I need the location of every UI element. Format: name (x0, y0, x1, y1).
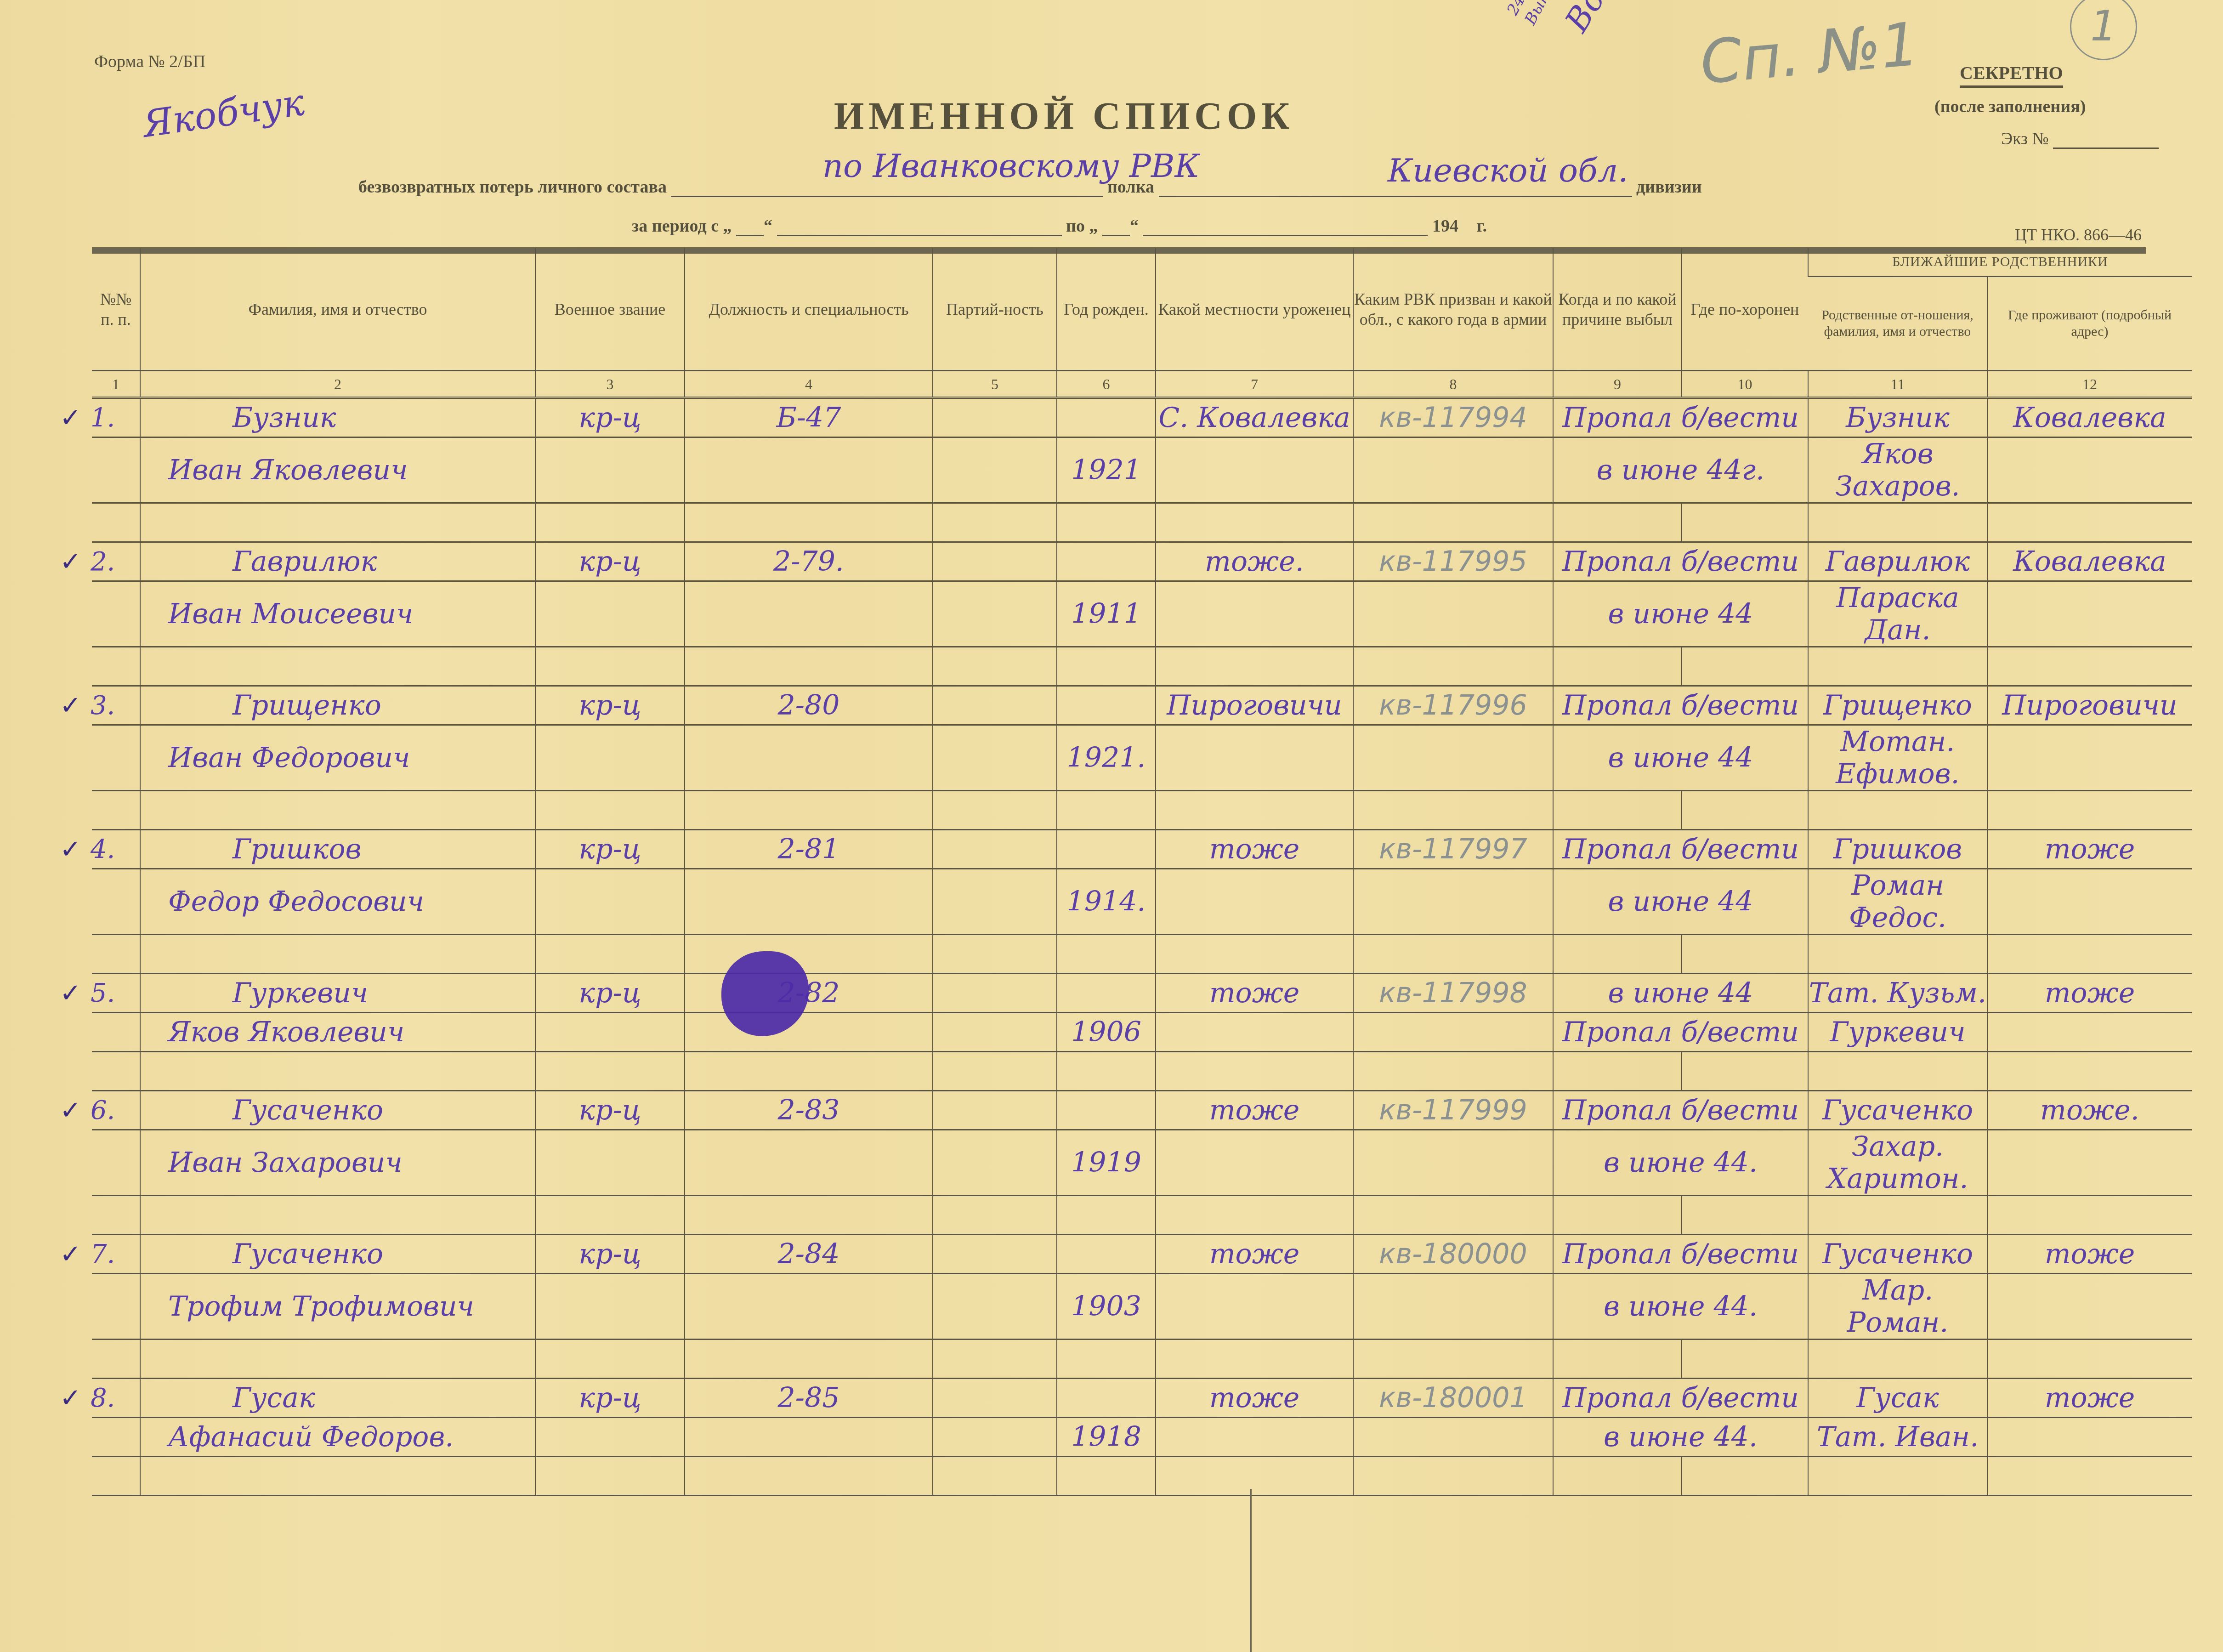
given-name-cell: Иван Моисеевич (140, 581, 535, 647)
origin-cell: тоже (1156, 1235, 1353, 1274)
position-cell-text: 2-81 (778, 833, 840, 865)
relative-cell-text: Параска Дан. (1836, 582, 1959, 646)
address-cell: тоже (1987, 830, 2192, 869)
position-cell-text: Б-47 (777, 402, 841, 434)
empty-cell (140, 935, 535, 974)
party-cell (933, 830, 1057, 869)
rvk-cell: кв-117994 (1353, 398, 1553, 437)
col-header-party: Партий-ность (933, 248, 1057, 371)
relative-cell-text: Гусак (1856, 1382, 1939, 1414)
empty-cell (535, 1340, 685, 1379)
rvk-cell-text: кв-117999 (1379, 1094, 1527, 1126)
relative-cell: Гришков (1808, 830, 1987, 869)
rvk-cell: кв-117995 (1353, 542, 1553, 581)
empty-cell (1682, 1196, 1808, 1235)
empty-cell (1553, 503, 1682, 542)
empty-cell (933, 935, 1057, 974)
row-number-cell: ✓5. (92, 974, 140, 1013)
period-from-label: за период с „ (632, 216, 732, 236)
year-cell (1057, 686, 1156, 725)
rank-cell: кр-ц (535, 542, 685, 581)
col-header-position: Должность и специальность (685, 248, 933, 371)
col-header-rvk: Каким РВК призван и какой обл., с какого… (1353, 248, 1553, 371)
rank-cell (535, 725, 685, 791)
empty-cell (1682, 1052, 1808, 1091)
empty-cell (1156, 1340, 1353, 1379)
empty-cell (1057, 791, 1156, 830)
rank-cell: кр-ц (535, 686, 685, 725)
empty-cell (1987, 1340, 2192, 1379)
relative-cell-text: Гусаченко (1822, 1094, 1973, 1126)
empty-cell (933, 1340, 1057, 1379)
reason-line-2: в июне 44г. (1597, 454, 1764, 486)
row-number-cell: ✓3. (92, 686, 140, 725)
row-number-cell (92, 437, 140, 503)
reason-cell: Пропал б/вести (1553, 1013, 1808, 1052)
col-header-birth-year: Год рожден. (1057, 248, 1156, 371)
empty-cell (1057, 935, 1156, 974)
empty-cell (1987, 1457, 2192, 1496)
row-number-cell (92, 1130, 140, 1196)
relative-cell-text: Роман Федос. (1849, 869, 1946, 934)
empty-cell (92, 1340, 140, 1379)
rvk-cell (1353, 1013, 1553, 1052)
row-number-cell (92, 869, 140, 935)
after-fill-label: (после заполнения) (1934, 97, 2086, 117)
rank-cell-text: кр-ц (578, 689, 641, 721)
given-name-cell-text: Иван Федорович (168, 742, 410, 774)
empty-cell (1987, 1196, 2192, 1235)
rank-cell-text: кр-ц (578, 1382, 641, 1414)
surname-cell-text: Грищенко (233, 689, 381, 721)
empty-cell (933, 1196, 1057, 1235)
empty-cell (1156, 935, 1353, 974)
address-cell-text: тоже (2045, 977, 2135, 1009)
surname-cell-text: Гаврилюк (233, 545, 377, 578)
empty-cell (1553, 791, 1682, 830)
position-cell-text: 2-79. (773, 545, 844, 578)
rvk-cell: кв-180000 (1353, 1235, 1553, 1274)
address-cell (1987, 1013, 2192, 1052)
row-number-cell (92, 1274, 140, 1340)
empty-cell (1353, 1457, 1553, 1496)
empty-cell (92, 791, 140, 830)
position-cell (685, 869, 933, 935)
table-row: Иван Яковлевич1921в июне 44г.Яков Захаро… (92, 437, 2192, 503)
empty-cell (92, 647, 140, 686)
col-num: 9 (1553, 371, 1682, 398)
party-cell (933, 1235, 1057, 1274)
position-cell (685, 1274, 933, 1340)
rvk-cell-text: кв-180000 (1379, 1238, 1527, 1270)
reason-cell: в июне 44г. (1553, 437, 1808, 503)
rank-cell (535, 1418, 685, 1457)
party-cell (933, 542, 1057, 581)
party-cell (933, 1418, 1057, 1457)
given-name-cell: Трофим Трофимович (140, 1274, 535, 1340)
origin-cell-text: тоже (1209, 1094, 1300, 1126)
given-name-cell: Федор Федосович (140, 869, 535, 935)
reason-line-2: в июне 44. (1604, 1147, 1758, 1179)
origin-cell: тоже (1156, 1091, 1353, 1130)
empty-cell (1353, 935, 1553, 974)
relative-cell-text: Гусаченко (1822, 1238, 1973, 1270)
rank-cell (535, 581, 685, 647)
reason-cell: в июне 44. (1553, 1418, 1808, 1457)
position-cell (685, 581, 933, 647)
origin-cell: тоже (1156, 974, 1353, 1013)
year-cell-text: 1911 (1071, 598, 1141, 630)
empty-cell (1553, 1457, 1682, 1496)
rvk-cell (1353, 725, 1553, 791)
rank-cell: кр-ц (535, 830, 685, 869)
empty-cell (685, 1196, 933, 1235)
given-name-cell-text: Иван Моисеевич (168, 598, 413, 630)
year-cell-text: 1903 (1071, 1290, 1141, 1323)
empty-cell (535, 647, 685, 686)
table-row (92, 791, 2192, 830)
surname-cell: Гусак (140, 1379, 535, 1418)
position-cell: 2-85 (685, 1379, 933, 1418)
empty-cell (685, 791, 933, 830)
address-cell: Пироговичи (1987, 686, 2192, 725)
address-cell-text: Ковалевка (2013, 402, 2166, 434)
empty-cell (685, 1340, 933, 1379)
empty-cell (140, 1196, 535, 1235)
year-cell: 1906 (1057, 1013, 1156, 1052)
unit-fill: по Иванковскому РВК (822, 147, 1200, 185)
empty-cell (140, 1052, 535, 1091)
position-cell: 2-83 (685, 1091, 933, 1130)
position-cell: 2-84 (685, 1235, 933, 1274)
empty-cell (685, 503, 933, 542)
rank-cell (535, 1274, 685, 1340)
party-cell (933, 869, 1057, 935)
year-cell: 1903 (1057, 1274, 1156, 1340)
surname-cell-text: Гусаченко (233, 1238, 383, 1270)
empty-cell (1682, 1340, 1808, 1379)
col-header-origin: Какой местности уроженец (1156, 248, 1353, 371)
row-number-cell (92, 1418, 140, 1457)
address-cell-text: Ковалевка (2013, 545, 2166, 578)
table-row: ✓1.Бузниккр-цБ-47С. Ковалевкакв-117994Пр… (92, 398, 2192, 437)
reason-cell: Пропал б/вести (1553, 1091, 1808, 1130)
empty-cell (685, 935, 933, 974)
rvk-cell: кв-180001 (1353, 1379, 1553, 1418)
origin-cell: Пироговичи (1156, 686, 1353, 725)
rank-cell (535, 1130, 685, 1196)
relative-cell: Параска Дан. (1808, 581, 1987, 647)
empty-cell (1987, 1052, 2192, 1091)
relative-cell: Гусаченко (1808, 1091, 1987, 1130)
rank-cell-text: кр-ц (578, 1238, 641, 1270)
checkmark-icon: ✓ (60, 1384, 81, 1413)
printer-code: ЦТ НКО. 866—46 (2015, 225, 2142, 244)
reason-line-1: Пропал б/вести (1562, 1094, 1799, 1126)
origin-cell-text: тоже (1209, 833, 1300, 865)
relative-cell: Грищенко (1808, 686, 1987, 725)
address-cell (1987, 1418, 2192, 1457)
rvk-cell: кв-117998 (1353, 974, 1553, 1013)
rank-cell (535, 1013, 685, 1052)
year-cell: 1914. (1057, 869, 1156, 935)
empty-cell (140, 1340, 535, 1379)
surname-cell-text: Гришков (233, 833, 362, 865)
address-cell-text: тоже (2045, 1382, 2135, 1414)
relative-cell: Яков Захаров. (1808, 437, 1987, 503)
table-row: ✓7.Гусаченкокр-ц2-84тожекв-180000Пропал … (92, 1235, 2192, 1274)
year-cell (1057, 398, 1156, 437)
checkmark-icon: ✓ (60, 1096, 81, 1125)
year-cell: 1918 (1057, 1418, 1156, 1457)
empty-cell (1682, 1457, 1808, 1496)
empty-cell (933, 503, 1057, 542)
empty-cell (1057, 503, 1156, 542)
empty-cell (1353, 647, 1553, 686)
position-cell-text: 2-80 (778, 689, 840, 721)
period-year: 194 (1432, 216, 1458, 236)
table-row (92, 1457, 2192, 1496)
row-number-cell: ✓6. (92, 1091, 140, 1130)
rank-cell: кр-ц (535, 1235, 685, 1274)
col-header-buried: Где по-хоронен (1682, 248, 1808, 371)
address-cell-text: тоже (2045, 1238, 2135, 1270)
relative-cell-text: Гуркевич (1830, 1016, 1965, 1048)
empty-cell (1553, 1196, 1682, 1235)
col-num: 2 (140, 371, 535, 398)
rvk-cell: кв-117996 (1353, 686, 1553, 725)
relative-cell-text: Гришков (1833, 833, 1962, 865)
reason-line-2: в июне 44 (1608, 742, 1753, 774)
position-cell: 2-81 (685, 830, 933, 869)
col-num: 6 (1057, 371, 1156, 398)
party-cell (933, 1013, 1057, 1052)
table-row: ✓8.Гусаккр-ц2-85тожекв-180001Пропал б/ве… (92, 1379, 2192, 1418)
relative-cell-text: Грищенко (1823, 689, 1972, 721)
origin-cell: тоже (1156, 830, 1353, 869)
party-cell (933, 581, 1057, 647)
surname-cell-text: Гусак (233, 1382, 315, 1414)
subtitle-prefix: безвозвратных потерь личного состава (358, 177, 667, 197)
copy-number-field: Экз № (2001, 129, 2159, 149)
address-cell-text: Пироговичи (2002, 689, 2177, 721)
year-cell-text: 1919 (1071, 1147, 1141, 1179)
party-cell (933, 437, 1057, 503)
empty-cell (1987, 791, 2192, 830)
col-num: 10 (1682, 371, 1808, 398)
given-name-cell-text: Иван Яковлевич (168, 454, 408, 486)
table-row (92, 1052, 2192, 1091)
empty-cell (1987, 503, 2192, 542)
reason-line-1: Пропал б/вести (1562, 1382, 1799, 1414)
year-cell (1057, 974, 1156, 1013)
relative-cell: Бузник (1808, 398, 1987, 437)
table-row: Трофим Трофимович1903в июне 44.Мар. Рома… (92, 1274, 2192, 1340)
reason-cell: в июне 44. (1553, 1130, 1808, 1196)
position-cell (685, 725, 933, 791)
polk-fill: Киевской обл. (1388, 152, 1628, 189)
surname-cell: Гаврилюк (140, 542, 535, 581)
party-cell (933, 1379, 1057, 1418)
col-num: 5 (933, 371, 1057, 398)
given-name-cell-text: Афанасий Федоров. (168, 1421, 454, 1453)
reason-line-2: в июне 44. (1604, 1421, 1758, 1453)
reason-line-1: Пропал б/вести (1562, 833, 1799, 865)
year-cell (1057, 830, 1156, 869)
col-header-address: Где проживают (подробный адрес) (1987, 277, 2192, 371)
circled-page-number: 1 (2070, 0, 2137, 60)
table-row (92, 647, 2192, 686)
relative-cell-text: Мотан. Ефимов. (1836, 726, 1959, 790)
address-cell (1987, 581, 2192, 647)
col-header-name: Фамилия, имя и отчество (140, 248, 535, 371)
party-cell (933, 398, 1057, 437)
rvk-cell (1353, 437, 1553, 503)
empty-cell (92, 1196, 140, 1235)
year-cell: 1921 (1057, 437, 1156, 503)
row-number-cell: ✓4. (92, 830, 140, 869)
address-cell: тоже (1987, 974, 2192, 1013)
row-number: 1. (91, 403, 115, 433)
party-cell (933, 686, 1057, 725)
address-cell (1987, 437, 2192, 503)
origin-cell-text: тоже (1209, 1238, 1300, 1270)
checkmark-icon: ✓ (60, 692, 81, 720)
empty-cell (1808, 503, 1987, 542)
rvk-cell-text: кв-117995 (1379, 545, 1527, 578)
reason-cell: Пропал б/вести (1553, 686, 1808, 725)
empty-cell (1353, 1196, 1553, 1235)
origin-cell-text: С. Ковалевка (1158, 402, 1350, 434)
rvk-cell-text: кв-117997 (1379, 833, 1527, 865)
row-number: 6. (91, 1096, 115, 1125)
col-num: 11 (1808, 371, 1987, 398)
year-cell (1057, 542, 1156, 581)
rvk-cell: кв-117997 (1353, 830, 1553, 869)
position-cell: 2-80 (685, 686, 933, 725)
empty-cell (1156, 503, 1353, 542)
reason-cell: Пропал б/вести (1553, 830, 1808, 869)
col-header-reason: Когда и по какой причине выбыл (1553, 248, 1682, 371)
empty-cell (1353, 791, 1553, 830)
row-number: 2. (91, 547, 115, 577)
year-cell (1057, 1235, 1156, 1274)
checkmark-icon: ✓ (60, 979, 81, 1008)
row-number: 7. (91, 1239, 115, 1269)
position-cell (685, 1130, 933, 1196)
position-cell: Б-47 (685, 398, 933, 437)
empty-cell (535, 1457, 685, 1496)
position-cell (685, 437, 933, 503)
rank-cell (535, 869, 685, 935)
table-row (92, 1196, 2192, 1235)
empty-cell (933, 791, 1057, 830)
relative-cell: Мар. Роман. (1808, 1274, 1987, 1340)
relative-cell: Роман Федос. (1808, 869, 1987, 935)
empty-cell (1682, 791, 1808, 830)
period-to-month-blank (1143, 217, 1428, 236)
empty-cell (1987, 647, 2192, 686)
empty-cell (1553, 1340, 1682, 1379)
given-name-cell: Яков Яковлевич (140, 1013, 535, 1052)
reason-cell: Пропал б/вести (1553, 542, 1808, 581)
reason-cell: в июне 44 (1553, 869, 1808, 935)
given-name-cell: Иван Федорович (140, 725, 535, 791)
table-row: ✓5.Гуркевичкр-ц2-82тожекв-117998в июне 4… (92, 974, 2192, 1013)
rvk-cell (1353, 1274, 1553, 1340)
given-name-cell: Иван Захарович (140, 1130, 535, 1196)
address-cell-text: тоже (2045, 833, 2135, 865)
relative-cell-text: Яков Захаров. (1835, 438, 1960, 502)
empty-cell (1156, 1196, 1353, 1235)
table-row: ✓4.Гришковкр-ц2-81тожекв-117997Пропал б/… (92, 830, 2192, 869)
empty-cell (140, 791, 535, 830)
reason-cell: в июне 44 (1553, 725, 1808, 791)
empty-cell (933, 647, 1057, 686)
party-cell (933, 974, 1057, 1013)
reason-line-2: Пропал б/вести (1562, 1016, 1799, 1048)
reason-cell: Пропал б/вести (1553, 1379, 1808, 1418)
origin-cell-text: тоже (1209, 977, 1300, 1009)
pencil-note: Сп. №1 (1697, 9, 1922, 98)
table-row: Иван Захарович1919в июне 44.Захар. Харит… (92, 1130, 2192, 1196)
reason-line-1: Пропал б/вести (1562, 402, 1799, 434)
rvk-cell (1353, 1130, 1553, 1196)
relative-cell: Мотан. Ефимов. (1808, 725, 1987, 791)
col-num: 8 (1353, 371, 1553, 398)
year-cell-text: 1921 (1071, 454, 1141, 486)
table-row: Иван Моисеевич1911в июне 44Параска Дан. (92, 581, 2192, 647)
rvk-cell-text: кв-117998 (1379, 977, 1527, 1009)
origin-cell-text: тоже. (1205, 545, 1304, 578)
party-cell (933, 1091, 1057, 1130)
empty-cell (535, 1196, 685, 1235)
secret-label: СЕКРЕТНО (1960, 62, 2063, 88)
origin-cell: С. Ковалевка (1156, 398, 1353, 437)
rank-cell-text: кр-ц (578, 833, 641, 865)
checkmark-icon: ✓ (60, 404, 81, 432)
origin-cell: тоже (1156, 1379, 1353, 1418)
col-num: 1 (92, 371, 140, 398)
relative-cell-text: Тат. Кузьм. (1809, 977, 1986, 1009)
table-row (92, 1340, 2192, 1379)
surname-cell: Гусаченко (140, 1091, 535, 1130)
left-signature: Якобчук (140, 81, 307, 146)
year-cell: 1919 (1057, 1130, 1156, 1196)
rvk-cell: кв-117999 (1353, 1091, 1553, 1130)
row-number-cell (92, 725, 140, 791)
surname-cell: Гусаченко (140, 1235, 535, 1274)
year-cell-text: 1906 (1071, 1016, 1141, 1048)
table-row: Иван Федорович1921.в июне 44Мотан. Ефимо… (92, 725, 2192, 791)
origin-cell (1156, 1274, 1353, 1340)
table-row: ✓3.Грищенкокр-ц2-80Пироговичикв-117996Пр… (92, 686, 2192, 725)
rank-cell-text: кр-ц (578, 402, 641, 434)
origin-cell-text: тоже (1209, 1382, 1300, 1414)
empty-cell (1156, 791, 1353, 830)
origin-cell (1156, 1418, 1353, 1457)
given-name-cell-text: Трофим Трофимович (168, 1290, 474, 1323)
reason-cell: Пропал б/вести (1553, 1235, 1808, 1274)
empty-cell (1682, 503, 1808, 542)
period-to-label: по „ (1066, 216, 1098, 236)
checkmark-icon: ✓ (60, 548, 81, 576)
empty-cell (92, 935, 140, 974)
origin-cell (1156, 581, 1353, 647)
empty-cell (1553, 1052, 1682, 1091)
position-cell (685, 1013, 933, 1052)
reason-line-2: в июне 44 (1608, 598, 1753, 630)
